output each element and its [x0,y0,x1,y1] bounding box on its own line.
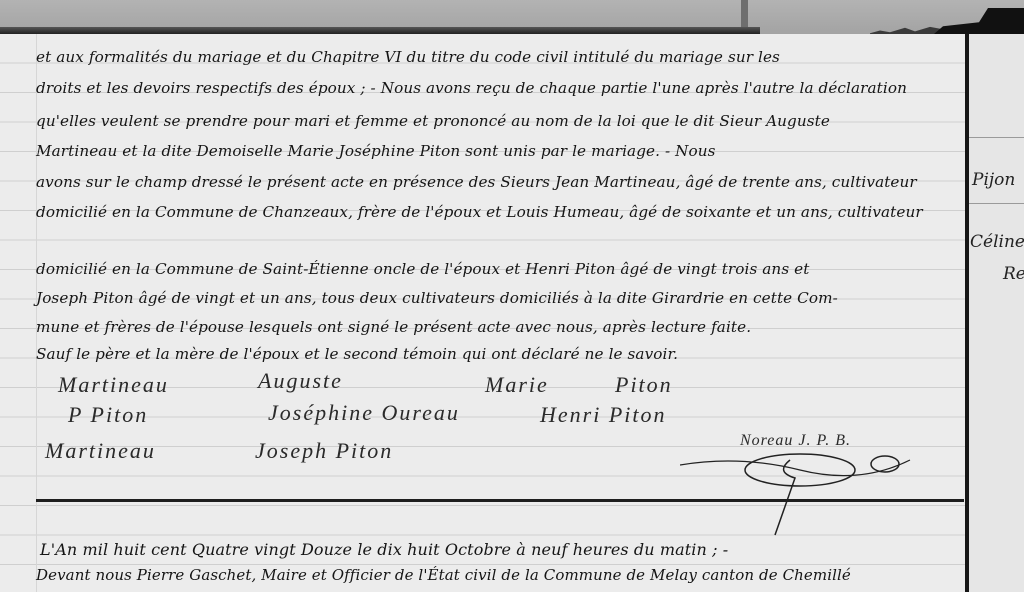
right-margin-entry-3: Re [1003,264,1024,284]
signature-marie: Marie [485,372,549,398]
body-line-7: domicilié en la Commune de Saint-Étienne… [36,260,809,278]
signature-auguste: Auguste [258,368,343,394]
signature-martineau-1: Martineau [58,372,169,398]
right-margin-column [969,34,1024,592]
body-line-4: Martineau et la dite Demoiselle Marie Jo… [36,142,716,160]
signature-josephine-oureau: Joséphine Oureau [268,400,460,426]
next-entry-line-1: L'An mil huit cent Quatre vingt Douze le… [40,540,728,559]
right-margin-rule [969,137,1024,138]
body-line-2: droits et les devoirs respectifs des épo… [36,79,907,97]
background-post [741,0,748,30]
right-margin-rule [969,203,1024,204]
body-line-5: avons sur le champ dressé le présent act… [36,173,917,191]
body-line-1: et aux formalités du mariage et du Chapi… [36,48,780,66]
signature-p-piton: P Piton [68,402,148,428]
scan-background [0,0,1024,36]
body-line-9: mune et frères de l'épouse lesquels ont … [36,318,751,336]
signature-henri-piton: Henri Piton [540,402,667,428]
right-margin-entry-1: Pijon [972,170,1015,190]
entry-separator-rule [36,499,964,502]
background-corner-shadow [934,8,1024,34]
right-margin-entry-2: Céline [970,232,1024,252]
officer-flourish-icon [680,440,930,540]
next-entry-line-2: Devant nous Pierre Gaschet, Maire et Off… [36,566,851,584]
body-line-10: Sauf le père et la mère de l'époux et le… [36,345,678,363]
signature-joseph-piton: Joseph Piton [255,438,393,464]
body-line-3: qu'elles veulent se prendre pour mari et… [36,112,830,130]
body-line-6: domicilié en la Commune de Chanzeaux, fr… [36,203,923,221]
body-line-8: Joseph Piton âgé de vingt et un ans, tou… [36,289,838,307]
signature-piton-1: Piton [615,372,673,398]
signature-martineau-2: Martineau [45,438,156,464]
